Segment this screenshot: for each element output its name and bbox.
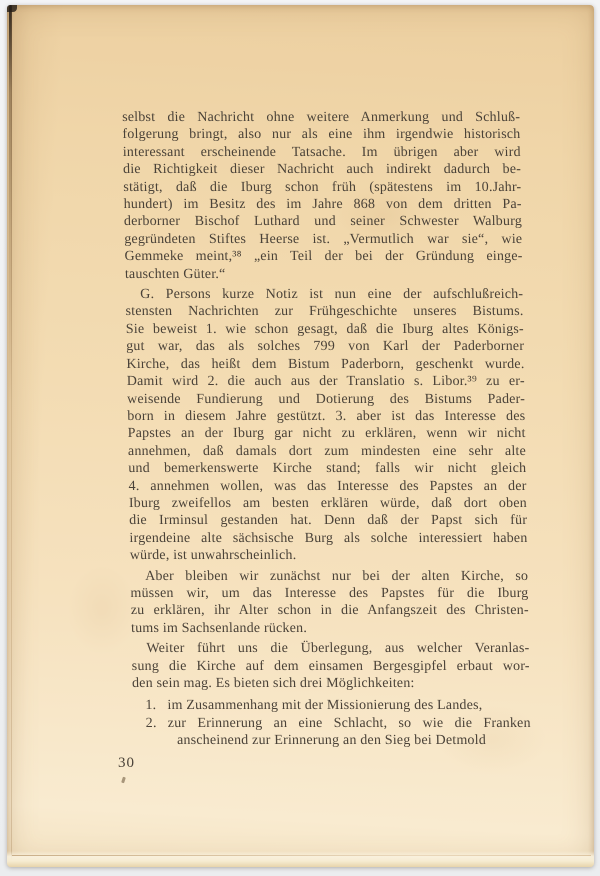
page-binding-crease bbox=[11, 5, 12, 867]
text-line: hundert) im Besitz des im Jahre 868 von … bbox=[124, 196, 522, 213]
text-line: G. Persons kurze Notiz ist nun eine der … bbox=[125, 286, 523, 303]
text-line: Papstes an der Iburg gar nicht zu erklär… bbox=[128, 425, 526, 442]
text-line: folgerung bringt, also nur als eine ihm … bbox=[122, 126, 520, 143]
text-line: zu erklären, ihr Alter schon in die Anfa… bbox=[131, 602, 529, 619]
text-line: 4. annehmen wollen, was das Interesse de… bbox=[128, 478, 526, 495]
text-line: derborner Bischof Luthard und seiner Sch… bbox=[124, 213, 522, 230]
paragraph: G. Persons kurze Notiz ist nun eine der … bbox=[125, 286, 528, 565]
text-line: Iburg zweifellos am besten erklären würd… bbox=[129, 495, 527, 512]
text-line: die Irminsul gestanden hat. Denn daß der… bbox=[129, 512, 527, 529]
text-line: Kirche, das heißt dem Bistum Paderborn, … bbox=[126, 356, 524, 373]
text-line: Aber bleiben wir zunächst nur bei der al… bbox=[130, 568, 528, 585]
text-line: selbst die Nachricht ohne weitere Anmerk… bbox=[122, 109, 520, 126]
text-line: würde, ist unwahrscheinlich. bbox=[130, 547, 528, 564]
text-line: Weiter führt uns die Überlegung, aus wel… bbox=[131, 640, 529, 657]
text-line: müssen wir, um das Interesse des Papstes… bbox=[130, 585, 528, 602]
text-line: born in diesem Jahre gestützt. 3. aber i… bbox=[127, 408, 525, 425]
numbered-list: 1.im Zusammenhang mit der Missionierung … bbox=[132, 697, 531, 749]
corner-mark-top-left bbox=[7, 5, 17, 12]
paragraph: selbst die Nachricht ohne weitere Anmerk… bbox=[122, 109, 523, 283]
text-line: sung die Kirche auf dem einsamen Bergesg… bbox=[132, 658, 530, 675]
paragraph: Aber bleiben wir zunächst nur bei der al… bbox=[130, 568, 529, 638]
text-line: stätigt, daß die Iburg schon früh (späte… bbox=[123, 179, 521, 196]
text-line: und bemerkenswerte Kirche stand; falls w… bbox=[128, 460, 526, 477]
page-text: selbst die Nachricht ohne weitere Anmerk… bbox=[122, 109, 531, 750]
text-line: gegründeten Stiftes Heerse ist. „Vermutl… bbox=[124, 231, 522, 248]
text-line: im Zusammenhang mit der Missionierung de… bbox=[167, 697, 530, 714]
page-bottom-edge bbox=[7, 851, 594, 867]
paragraph: Weiter führt uns die Überlegung, aus wel… bbox=[131, 640, 530, 692]
paper-speck bbox=[121, 777, 126, 784]
book-page: selbst die Nachricht ohne weitere Anmerk… bbox=[7, 5, 594, 867]
text-line: interessant erscheinende Tatsache. Im üb… bbox=[123, 144, 521, 161]
text-line: den sein mag. Es bieten sich drei Möglic… bbox=[132, 675, 530, 692]
text-line: tauschten Güter.“ bbox=[125, 266, 523, 283]
list-item-number: 1. bbox=[145, 697, 156, 714]
paper-stain bbox=[67, 565, 137, 655]
list-item-number: 2. bbox=[146, 715, 157, 732]
list-item: 1.im Zusammenhang mit der Missionierung … bbox=[132, 697, 530, 714]
paragraphs: selbst die Nachricht ohne weitere Anmerk… bbox=[122, 109, 530, 692]
text-line: gut war, das als solches 799 von Karl de… bbox=[126, 338, 524, 355]
text-line: zur Erinnerung an eine Schlacht, so wie … bbox=[168, 715, 531, 732]
text-line: die Richtigkeit dieser Nachricht auch in… bbox=[123, 161, 521, 178]
page-number: 30 bbox=[118, 755, 135, 771]
list-item: 2.zur Erinnerung an eine Schlacht, so wi… bbox=[133, 715, 532, 750]
text-line: Sie beweist 1. wie schon gesagt, daß die… bbox=[126, 321, 524, 338]
text-line: stensten Nachrichten zur Frühgeschichte … bbox=[125, 303, 523, 320]
text-line: weisende Fundierung und Dotierung des Bi… bbox=[127, 391, 525, 408]
text-line: anscheinend zur Erinnerung an den Sieg b… bbox=[168, 732, 531, 749]
text-line: annehmen, daß damals dort zum mindesten … bbox=[128, 443, 526, 460]
text-line: Gemmeke meint,³⁸ „ein Teil der bei der G… bbox=[124, 248, 522, 265]
text-line: tums im Sachsenlande rücken. bbox=[131, 620, 529, 637]
text-line: Damit wird 2. die auch aus der Translati… bbox=[127, 373, 525, 390]
text-line: irgendeine alte sächsische Burg als solc… bbox=[129, 530, 527, 547]
scan-background: selbst die Nachricht ohne weitere Anmerk… bbox=[0, 0, 600, 876]
